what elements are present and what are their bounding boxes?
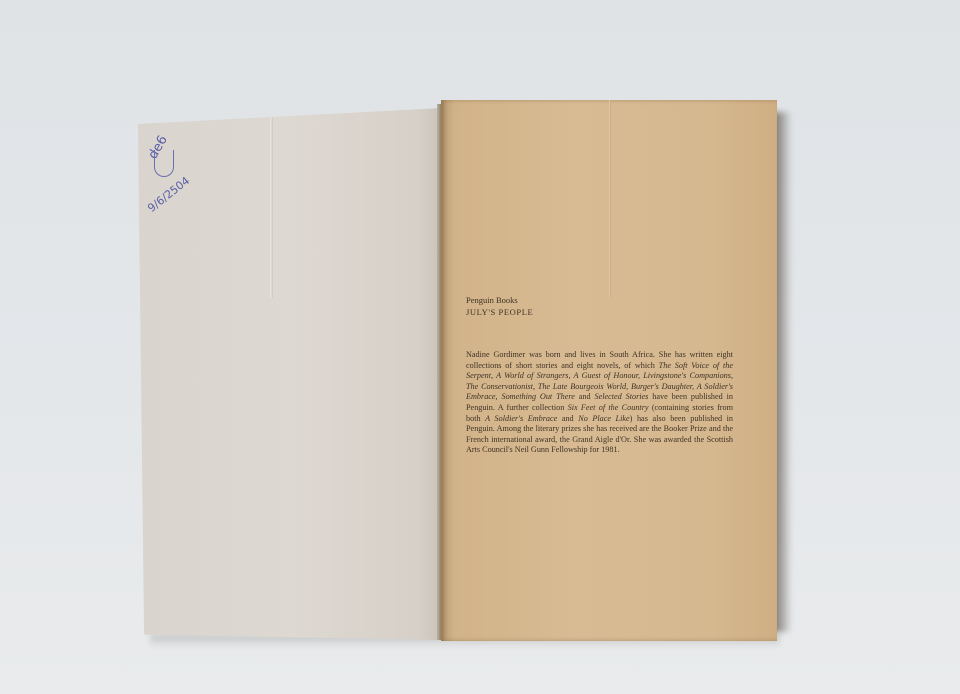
publisher-name: Penguin Books: [466, 295, 733, 306]
bio-text: and: [557, 414, 578, 423]
page-crease: [270, 108, 273, 298]
book-title: JULY'S PEOPLE: [466, 306, 733, 318]
handwriting-loop: [154, 150, 174, 177]
page-text-block: Penguin Books JULY'S PEOPLE Nadine Gordi…: [466, 295, 733, 456]
bio-works: Selected Stories: [594, 392, 648, 401]
page-crease: [609, 100, 611, 298]
bio-works: A Soldier's Embrace: [485, 414, 557, 423]
handwritten-note: de6 9/6/2504: [142, 128, 202, 218]
bio-works: No Place Like: [578, 414, 629, 423]
bio-text: and: [575, 392, 595, 401]
handwriting-line-2: 9/6/2504: [145, 174, 192, 215]
author-bio: Nadine Gordimer was born and lives in So…: [466, 350, 733, 456]
bio-works: Six Feet of the Country: [568, 403, 649, 412]
